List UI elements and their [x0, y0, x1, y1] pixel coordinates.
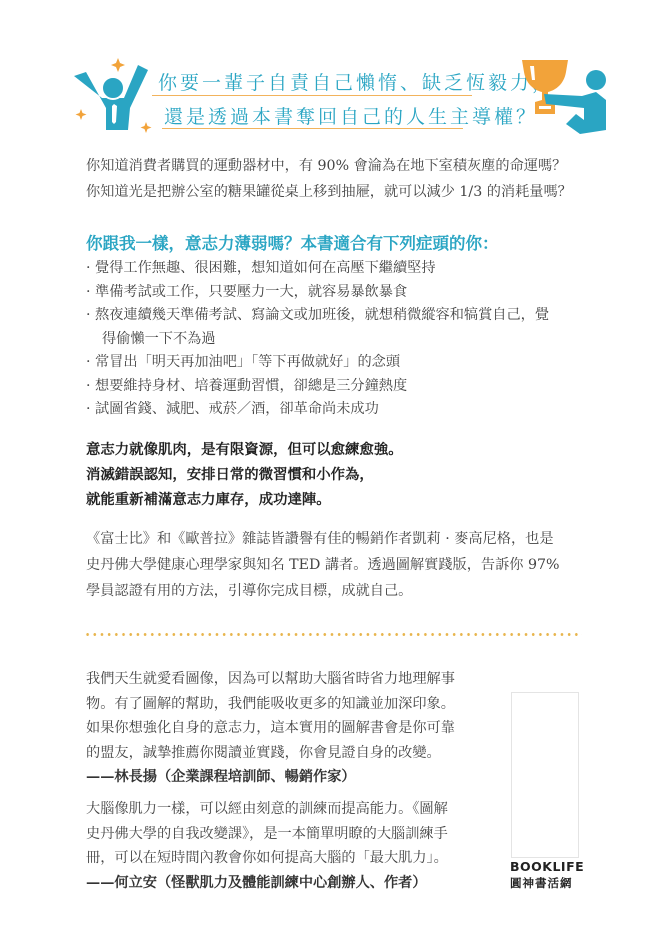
endorsement-line: 我們天生就愛看圖像，因為可以幫助大腦省時省力地理解事	[86, 667, 455, 692]
barcode-placeholder-frame	[511, 692, 579, 858]
intro-paragraph: 你知道消費者購買的運動器材中，有 90% 會淪為在地下室積灰塵的命運嗎？ 你知道…	[86, 153, 572, 205]
intro-line: 你知道光是把辦公室的糖果罐從桌上移到抽屜，就可以減少 1/3 的消耗量嗎？	[86, 179, 572, 205]
dotted-divider	[84, 633, 582, 636]
list-item: · 準備考試或工作，只要壓力一大，就容易暴飲暴食	[86, 281, 549, 305]
endorsement-line: 的盟友，誠摯推薦你閱讀並實踐，你會見證自身的改變。	[86, 741, 455, 766]
intro-line: 你知道消費者購買的運動器材中，有 90% 會淪為在地下室積灰塵的命運嗎？	[86, 153, 572, 179]
headline-underline-1	[152, 95, 472, 96]
key-message-line: 消滅錯誤認知，安排日常的微習慣和小作為，	[86, 462, 403, 487]
publisher-logo-subtext: 圓神書活網	[510, 875, 584, 891]
list-item: · 試圖省錢、減肥、戒菸／酒，卻革命尚未成功	[86, 398, 549, 422]
list-item: · 常冒出「明天再加油吧」「等下再做就好」的念頭	[86, 351, 549, 375]
symptoms-list: · 覺得工作無趣、很困難，想知道如何在高壓下繼續堅持 · 準備考試或工作，只要壓…	[86, 257, 549, 422]
bio-line: 《富士比》和《歐普拉》雜誌皆讚譽有佳的暢銷作者凱莉 · 麥高尼格，也是	[86, 526, 560, 552]
endorsement-signature: ——何立安（怪獸肌力及體能訓練中心創辦人、作者）	[86, 871, 448, 896]
publisher-logo: BOOKLIFE 圓神書活網	[510, 859, 584, 891]
endorsement-line: 冊，可以在短時間內教會你如何提高大腦的「最大肌力」。	[86, 846, 448, 871]
header-banner: 你要一輩子自責自己懶惰、缺乏恆毅力， 還是透過本書奪回自己的人生主導權？	[60, 40, 620, 140]
key-message-line: 就能重新補滿意志力庫存，成功達陣。	[86, 487, 403, 512]
headline-line-1: 你要一輩子自責自己懶惰、缺乏恆毅力，	[158, 68, 554, 95]
key-message-line: 意志力就像肌肉，是有限資源，但可以愈練愈強。	[86, 437, 403, 462]
symptoms-heading: 你跟我一樣，意志力薄弱嗎？本書適合有下列症頭的你：	[86, 230, 499, 254]
list-item-continuation: 得偷懶一下不為過	[86, 328, 549, 352]
endorsement-line: 史丹佛大學的自我改變課》，是一本簡單明瞭的大腦訓練手	[86, 822, 448, 847]
endorsement-line: 大腦像肌力一樣，可以經由刻意的訓練而提高能力。《圖解	[86, 797, 448, 822]
bio-line: 史丹佛大學健康心理學家與知名 TED 講者。透過圖解實踐版，告訴你 97%	[86, 552, 560, 578]
headline-line-2: 還是透過本書奪回自己的人生主導權？	[164, 102, 538, 129]
publisher-logo-text: BOOKLIFE	[510, 859, 584, 874]
endorsement-line: 物。有了圖解的幫助，我們能吸收更多的知識並加深印象。	[86, 692, 455, 717]
cheering-person-icon	[66, 50, 156, 135]
person-holding-trophy-icon	[510, 54, 620, 136]
endorsement-1: 我們天生就愛看圖像，因為可以幫助大腦省時省力地理解事 物。有了圖解的幫助，我們能…	[86, 667, 455, 790]
endorsement-line: 如果你想強化自身的意志力，這本實用的圖解書會是你可靠	[86, 716, 455, 741]
author-bio: 《富士比》和《歐普拉》雜誌皆讚譽有佳的暢銷作者凱莉 · 麥高尼格，也是 史丹佛大…	[86, 526, 560, 604]
list-item: · 想要維持身材、培養運動習慣，卻總是三分鐘熱度	[86, 375, 549, 399]
headline-underline-2	[162, 128, 463, 129]
bio-line: 學員認證有用的方法，引導你完成目標，成就自己。	[86, 578, 560, 604]
endorsement-signature: ——林長揚（企業課程培訓師、暢銷作家）	[86, 765, 455, 790]
list-item: · 熬夜連續幾天準備考試、寫論文或加班後，就想稍微縱容和犒賞自己，覺	[86, 304, 549, 328]
endorsement-2: 大腦像肌力一樣，可以經由刻意的訓練而提高能力。《圖解 史丹佛大學的自我改變課》，…	[86, 797, 448, 895]
list-item: · 覺得工作無趣、很困難，想知道如何在高壓下繼續堅持	[86, 257, 549, 281]
key-message: 意志力就像肌肉，是有限資源，但可以愈練愈強。 消滅錯誤認知，安排日常的微習慣和小…	[86, 437, 403, 512]
